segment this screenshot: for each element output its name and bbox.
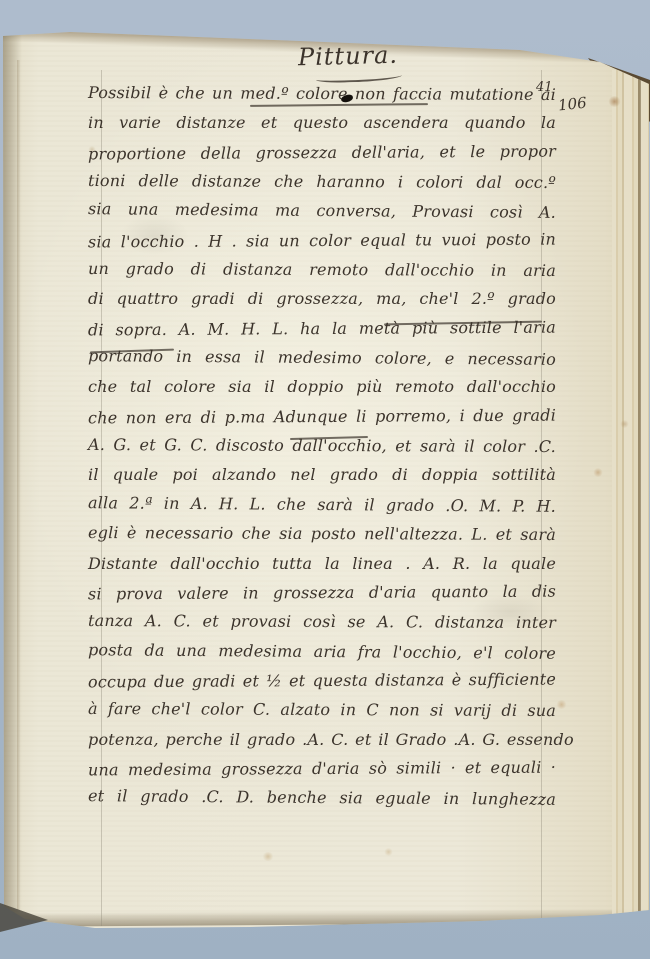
manuscript-line: sia l'occhio . H . sia un color equal tu… [88, 224, 556, 256]
manuscript-line: Distante dall'occhio tutta la linea . A.… [88, 549, 556, 578]
foxing-spot [620, 420, 629, 428]
manuscript-line: il quale poi alzando nel grado di doppia… [88, 460, 556, 489]
margin-note-106: 106 [557, 94, 587, 115]
manuscript-line: potenza, perche il grado .A. C. et il Gr… [88, 725, 556, 754]
manuscript-line: portando in essa il medesimo colore, e n… [88, 341, 556, 374]
manuscript-line: che non era di p.ma Adunque li porremo, … [88, 400, 556, 432]
page-title: Pittura. [298, 41, 399, 72]
page-bottom-edge-shadow [0, 908, 650, 927]
foxing-spot [593, 468, 603, 477]
manuscript-photo: Pittura. . 173 = 41 106 Possibil è che u… [0, 0, 650, 959]
manuscript-line: occupa due gradi et ½ et questa distanza… [88, 664, 556, 696]
manuscript-line: proportione della grossezza dell'aria, e… [88, 136, 556, 168]
manuscript-line: A. G. et G. C. discosto dall'occhio, et … [88, 430, 556, 461]
manuscript-line: una medesima grossezza d'aria sò simili … [88, 752, 556, 784]
manuscript-line: alla 2.ª in A. H. L. che sarà il grado .… [88, 488, 556, 521]
manuscript-line: in varie distanze et questo ascendera qu… [88, 108, 556, 137]
foxing-spot [608, 96, 621, 107]
folio-number: . 173 = [567, 42, 644, 62]
manuscript-line: tanza A. C. et provasi così se A. C. dis… [88, 606, 556, 637]
manuscript-line: un grado di distanza remoto dall'occhio … [88, 254, 556, 285]
manuscript-line: posta da una medesima aria fra l'occhio,… [88, 635, 556, 668]
manuscript-page: Pittura. . 173 = 41 106 Possibil è che u… [0, 0, 650, 959]
book-fore-edge [612, 70, 650, 915]
foxing-spot [262, 852, 274, 861]
manuscript-line: à fare che'l color C. alzato in C non si… [88, 694, 556, 725]
fold-crease [17, 60, 20, 910]
foxing-spot [384, 848, 393, 856]
manuscript-line: egli è necessario che sia posto nell'alt… [88, 518, 556, 549]
manuscript-line: si prova valere in grossezza d'aria quan… [88, 576, 556, 608]
foxing-spot [556, 700, 567, 709]
manuscript-line: di sopra. A. M. H. L. ha la metà più sot… [88, 312, 556, 344]
manuscript-text-block: Possibil è che un med.º colore non facci… [88, 79, 556, 813]
manuscript-line: di quattro gradi di grossezza, ma, che'l… [88, 284, 556, 313]
manuscript-line: et il grado .C. D. benche sia eguale in … [88, 781, 556, 814]
manuscript-line: che tal colore sia il doppio più remoto … [88, 372, 556, 401]
manuscript-line: tioni delle distanze che haranno i color… [88, 166, 556, 197]
manuscript-line: sia una medesima ma conversa, Provasi co… [88, 195, 556, 228]
fore-edge-line [638, 78, 641, 914]
